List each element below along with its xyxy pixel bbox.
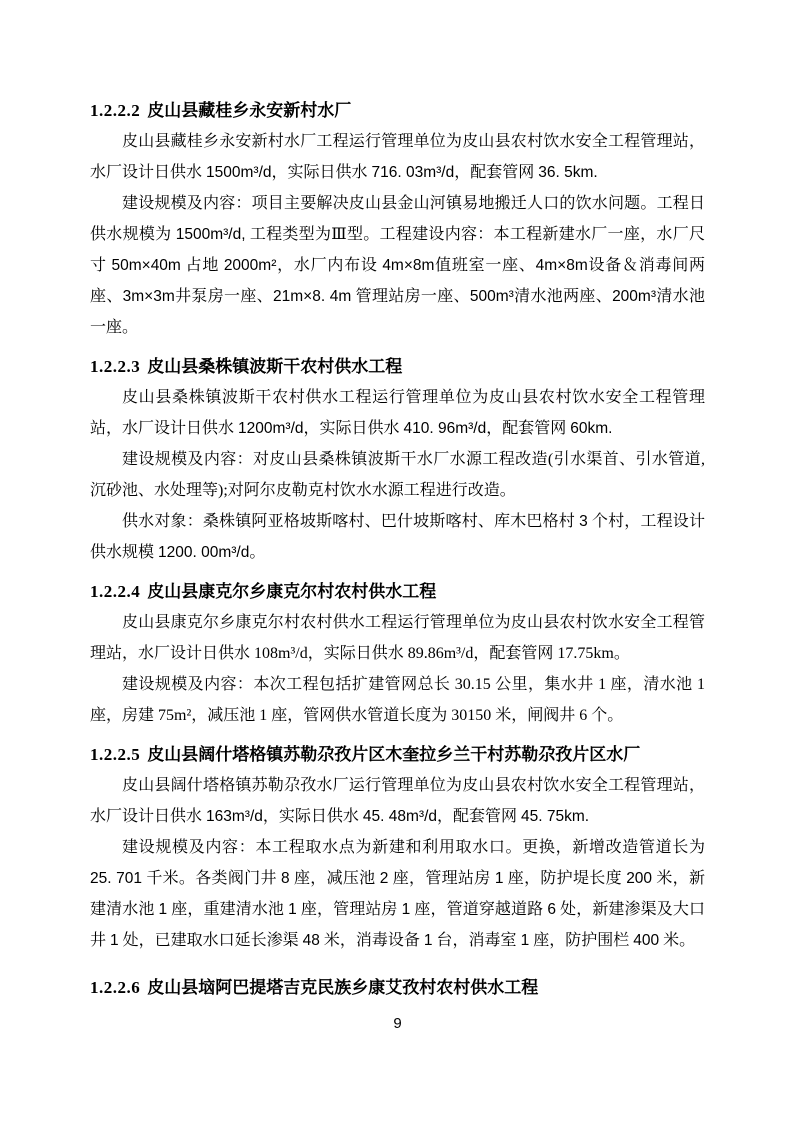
text-run: 处，已建取水口延长渗渠	[119, 932, 303, 949]
text-run: 48	[303, 932, 320, 949]
text-run: ，实际日供水	[263, 808, 363, 825]
text-run: 千米。各类阀门井	[142, 870, 281, 887]
paragraph: 建设规模及内容：项目主要解决皮山县金山河镇易地搬迁人口的饮水问题。工程日供水规模…	[90, 188, 705, 343]
text-run: ，水厂内布设	[276, 257, 382, 274]
text-run: 1200m³/d	[238, 420, 303, 437]
text-run: 值班室一座、	[434, 257, 535, 274]
text-run: 163m³/d	[206, 808, 263, 825]
text-run: 1500m³/d	[206, 164, 271, 181]
text-run: 8	[281, 870, 290, 887]
section-number: 1.2.2.4	[90, 582, 140, 601]
section-1-2-2-4: 1.2.2.4皮山县康克尔乡康克尔村农村供水工程 皮山县康克尔乡康克尔村农村供水…	[90, 576, 705, 731]
paragraph: 皮山县藏桂乡永安新村水厂工程运行管理单位为皮山县农村饮水安全工程管理站，水厂设计…	[90, 126, 705, 188]
text-run: 21m×8. 4m	[273, 288, 351, 305]
section-heading: 1.2.2.4皮山县康克尔乡康克尔村农村供水工程	[90, 576, 705, 607]
text-run: 716. 03m³/d	[372, 164, 455, 181]
page-number: 9	[90, 1015, 705, 1032]
text-run: 45. 75km.	[521, 808, 589, 825]
text-run: 。	[249, 544, 265, 561]
text-run: 200	[626, 870, 652, 887]
section-1-2-2-5: 1.2.2.5皮山县阔什塔格镇苏勒尕孜片区木奎拉乡兰干村苏勒尕孜片区水厂 皮山县…	[90, 739, 705, 956]
section-1-2-2-6: 1.2.2.6皮山县垴阿巴提塔吉克民族乡康艾孜村农村供水工程	[90, 972, 705, 1003]
section-number: 1.2.2.3	[90, 357, 140, 376]
paragraph: 供水对象：桑株镇阿亚格坡斯喀村、巴什坡斯喀村、库木巴格村 3 个村，工程设计供水…	[90, 506, 705, 568]
text-run: 4m×8m	[382, 257, 434, 274]
section-heading: 1.2.2.2皮山县藏桂乡永安新村水厂	[90, 95, 705, 126]
text-run: 座，重建清水池	[167, 901, 288, 918]
document-page: 1.2.2.2皮山县藏桂乡永安新村水厂 皮山县藏桂乡永安新村水厂工程运行管理单位…	[0, 0, 793, 1122]
section-heading: 1.2.2.6皮山县垴阿巴提塔吉克民族乡康艾孜村农村供水工程	[90, 972, 705, 1003]
paragraph: 建设规模及内容：本工程取水点为新建和利用取水口。更换，新增改造管道长为 25. …	[90, 832, 705, 956]
text-run: 米。	[659, 932, 695, 949]
paragraph: 皮山县阔什塔格镇苏勒尕孜水厂运行管理单位为皮山县农村饮水安全工程管理站，水厂设计…	[90, 770, 705, 832]
paragraph: 皮山县康克尔乡康克尔村农村供水工程运行管理单位为皮山县农村饮水安全工程管理站，水…	[90, 607, 705, 669]
text-run: 410. 96m³/d	[404, 420, 487, 437]
text-run: 建设规模及内容：对皮山县桑株镇波斯干水厂水源工程改造(引水渠首、引水管道, 沉砂…	[90, 451, 705, 499]
text-run: 45. 48m³/d	[363, 808, 437, 825]
text-run: 清水池两座、	[514, 288, 612, 305]
text-run: 60km.	[570, 420, 612, 437]
text-run: 500m³	[470, 288, 514, 305]
text-run: 井泵房一座、	[175, 288, 273, 305]
paragraph: 建设规模及内容：本次工程包括扩建管网总长 30.15 公里，集水井 1 座，清水…	[90, 669, 705, 731]
text-run: 座，防护围栏	[529, 932, 633, 949]
text-run: 1500m³/d,	[176, 226, 246, 243]
text-run: 1200. 00m³/d	[158, 544, 249, 561]
text-run: 1	[288, 901, 297, 918]
text-run: 1	[402, 901, 411, 918]
section-1-2-2-2: 1.2.2.2皮山县藏桂乡永安新村水厂 皮山县藏桂乡永安新村水厂工程运行管理单位…	[90, 95, 705, 343]
text-run: 3m×3m	[123, 288, 175, 305]
section-number: 1.2.2.2	[90, 101, 140, 120]
text-run: 座，管理站房	[297, 901, 402, 918]
text-run: 皮山县康克尔乡康克尔村农村供水工程运行管理单位为皮山县农村饮水安全工程管理站，水…	[90, 614, 705, 662]
section-title: 皮山县藏桂乡永安新村水厂	[147, 101, 351, 120]
text-run: 座，管理站房	[388, 870, 494, 887]
text-run: 占地	[181, 257, 224, 274]
text-run: ，实际日供水	[304, 420, 404, 437]
text-run: 400	[633, 932, 659, 949]
text-run: 6	[547, 901, 556, 918]
text-run: 200m³	[612, 288, 656, 305]
section-title: 皮山县桑株镇波斯干农村供水工程	[147, 357, 402, 376]
text-run: 管理站房一座、	[351, 288, 470, 305]
text-run: 2000m²	[224, 257, 277, 274]
section-title: 皮山县垴阿巴提塔吉克民族乡康艾孜村农村供水工程	[147, 978, 538, 997]
text-run: 座，防护堤长度	[503, 870, 626, 887]
text-run: 50m×40m	[111, 257, 180, 274]
text-run: 建设规模及内容：本工程取水点为新建和利用取水口。更换，新增改造管道长为	[122, 839, 705, 856]
text-run: 3	[579, 513, 588, 530]
paragraph: 皮山县桑株镇波斯干农村供水工程运行管理单位为皮山县农村饮水安全工程管理站，水厂设…	[90, 382, 705, 444]
text-run: ，配套管网	[454, 164, 538, 181]
text-run: 4m×8m	[536, 257, 588, 274]
text-run: 建设规模及内容：本次工程包括扩建管网总长 30.15 公里，集水井 1 座，清水…	[90, 676, 705, 724]
text-run: 座，减压池	[290, 870, 380, 887]
section-title: 皮山县阔什塔格镇苏勒尕孜片区木奎拉乡兰干村苏勒尕孜片区水厂	[147, 745, 640, 764]
text-run: 25. 701	[90, 870, 142, 887]
text-run: 1	[110, 932, 119, 949]
text-run: ，配套管网	[486, 420, 570, 437]
text-run: 1	[424, 932, 433, 949]
section-1-2-2-3: 1.2.2.3皮山县桑株镇波斯干农村供水工程 皮山县桑株镇波斯干农村供水工程运行…	[90, 351, 705, 568]
text-run: ，实际日供水	[272, 164, 372, 181]
section-heading: 1.2.2.3皮山县桑株镇波斯干农村供水工程	[90, 351, 705, 382]
text-run: ，配套管网	[437, 808, 521, 825]
text-run: 1	[159, 901, 168, 918]
text-run: 36. 5km.	[538, 164, 597, 181]
section-number: 1.2.2.5	[90, 745, 140, 764]
text-run: 台，消毒室	[433, 932, 521, 949]
section-heading: 1.2.2.5皮山县阔什塔格镇苏勒尕孜片区木奎拉乡兰干村苏勒尕孜片区水厂	[90, 739, 705, 770]
section-number: 1.2.2.6	[90, 978, 140, 997]
text-run: 米，消毒设备	[320, 932, 424, 949]
text-run: 供水对象：桑株镇阿亚格坡斯喀村、巴什坡斯喀村、库木巴格村	[122, 513, 579, 530]
text-run: 1	[521, 932, 530, 949]
paragraph: 建设规模及内容：对皮山县桑株镇波斯干水厂水源工程改造(引水渠首、引水管道, 沉砂…	[90, 444, 705, 506]
text-run: 座，管道穿越道路	[410, 901, 547, 918]
section-title: 皮山县康克尔乡康克尔村农村供水工程	[147, 582, 436, 601]
